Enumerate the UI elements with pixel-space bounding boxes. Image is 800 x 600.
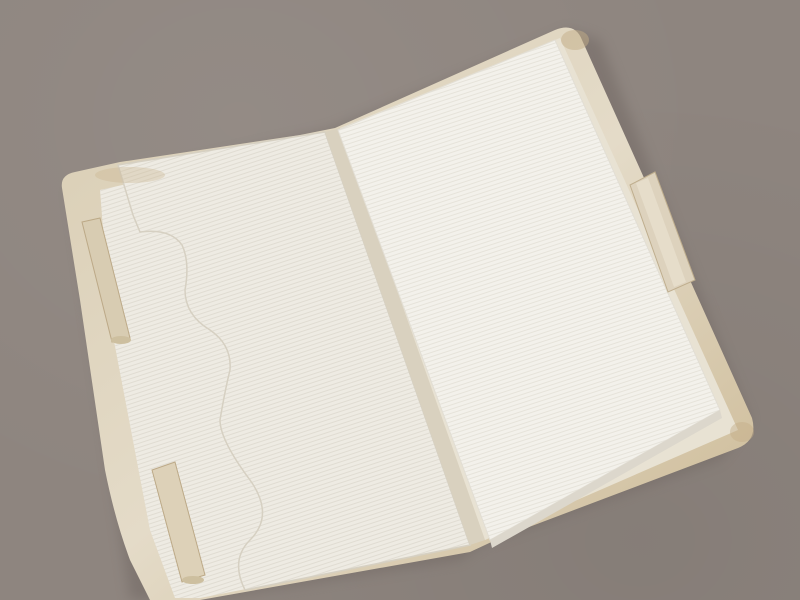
- stain: [561, 30, 589, 50]
- stain: [730, 422, 754, 442]
- book-illustration: [0, 0, 800, 600]
- stain: [95, 167, 165, 183]
- photo-scene: [0, 0, 800, 600]
